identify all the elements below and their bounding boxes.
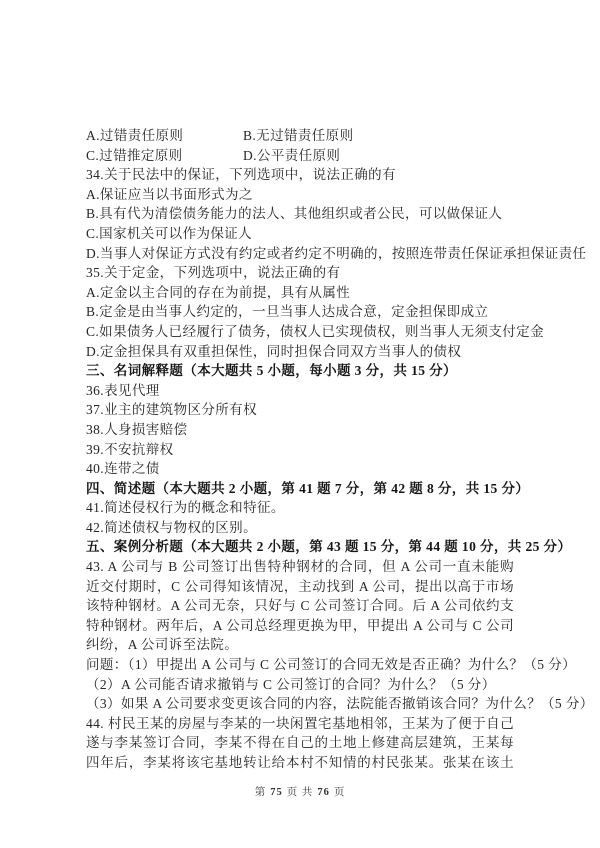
footer-suffix: 页 (334, 787, 346, 798)
footer-current-page: 75 (270, 787, 283, 798)
text-line: 40.连带之债 (86, 459, 514, 479)
option-left: C.过错推定原则 (86, 148, 183, 163)
text-line: 该特种钢材。A 公司无奈，只好与 C 公司签订合同。后 A 公司依约支付货款，C… (86, 596, 514, 616)
text-line: 43. A 公司与 B 公司签订出售特种钢材的合同，但 A 公司一直未能购入到该… (86, 557, 514, 577)
section-heading: 五、案例分析题（本大题共 2 小题，第 43 题 15 分，第 44 题 10 … (86, 537, 514, 557)
text-line: （2）A 公司能否请求撤销与 C 公司签订的合同？为什么？（5 分） (86, 675, 514, 695)
text-line: 四年后，李某将该宅基地转让给本村不知情的村民张某。张某在该土地上修建了一栋高层建… (86, 753, 514, 773)
text-line: 42.简述债权与物权的区别。 (86, 518, 514, 538)
text-line: 39.不安抗辩权 (86, 440, 514, 460)
text-line: 36.表见代理 (86, 381, 514, 401)
option-right: B.无过错责任原则 (243, 126, 353, 146)
text-line: 44. 村民王某的房屋与李某的一块闲置宅基地相邻，王某为了便于自己房屋的采光和通… (86, 714, 514, 734)
text-line: A.过错责任原则B.无过错责任原则 (86, 126, 514, 146)
text-line: 遂与李某签订合同，李某不得在自己的土地上修建高层建筑，王某每年给李某 6000 … (86, 733, 514, 753)
text-line: 38.人身损害赔偿 (86, 420, 514, 440)
text-line: 37.业主的建筑物区分所有权 (86, 400, 514, 420)
text-line: 特种钢材。两年后，A 公司总经理更换为甲，甲提出 A 公司与 C 公司签订的合同… (86, 616, 514, 636)
section-heading: 三、名词解释题（本大题共 5 小题，每小题 3 分，共 15 分） (86, 361, 514, 381)
footer-prefix: 第 (255, 787, 267, 798)
text-line: C.国家机关可以作为保证人 (86, 224, 514, 244)
text-line: 近交付期时，C 公司得知该情况，主动找到 A 公司，提出以高于市场平均价三倍的价… (86, 577, 514, 597)
exam-page: A.过错责任原则B.无过错责任原则C.过错推定原则D.公平责任原则34.关于民法… (0, 0, 600, 848)
text-line: C.过错推定原则D.公平责任原则 (86, 146, 514, 166)
text-line: D.定金担保具有双重担保性，同时担保合同双方当事人的债权 (86, 342, 514, 362)
text-line: 34.关于民法中的保证，下列选项中，说法正确的有 (86, 165, 514, 185)
text-line: B.定金是由当事人约定的，一旦当事人达成合意，定金担保即成立 (86, 302, 514, 322)
section-heading: 四、简述题（本大题共 2 小题，第 41 题 7 分，第 42 题 8 分，共 … (86, 479, 514, 499)
text-line: （3）如果 A 公司要求变更该合同的内容，法院能否撤销该合同？为什么？（5 分） (86, 694, 514, 714)
text-line: D.当事人对保证方式没有约定或者约定不明确的，按照连带责任保证承担保证责任 (86, 244, 514, 264)
text-line: A.定金以主合同的存在为前提，具有从属性 (86, 283, 514, 303)
page-footer: 第75页 共76页 (0, 786, 600, 800)
text-line: 35.关于定金，下列选项中，说法正确的有 (86, 263, 514, 283)
text-line: 问题：（1）甲提出 A 公司与 C 公司签订的合同无效是否正确？为什么？（5 分… (86, 655, 514, 675)
text-line: C.如果债务人已经履行了债务，债权人已实现债权，则当事人无须支付定金 (86, 322, 514, 342)
document-lines: A.过错责任原则B.无过错责任原则C.过错推定原则D.公平责任原则34.关于民法… (86, 126, 514, 773)
option-right: D.公平责任原则 (243, 146, 340, 166)
footer-total-pages: 76 (317, 787, 330, 798)
text-line: A.保证应当以书面形式为之 (86, 185, 514, 205)
footer-middle: 页 共 (287, 787, 314, 798)
text-line: 41.简述侵权行为的概念和特征。 (86, 498, 514, 518)
option-left: A.过错责任原则 (86, 128, 183, 143)
text-line: B.具有代为清偿债务能力的法人、其他组织或者公民，可以做保证人 (86, 204, 514, 224)
text-line: 纠纷，A 公司诉至法院。 (86, 635, 514, 655)
